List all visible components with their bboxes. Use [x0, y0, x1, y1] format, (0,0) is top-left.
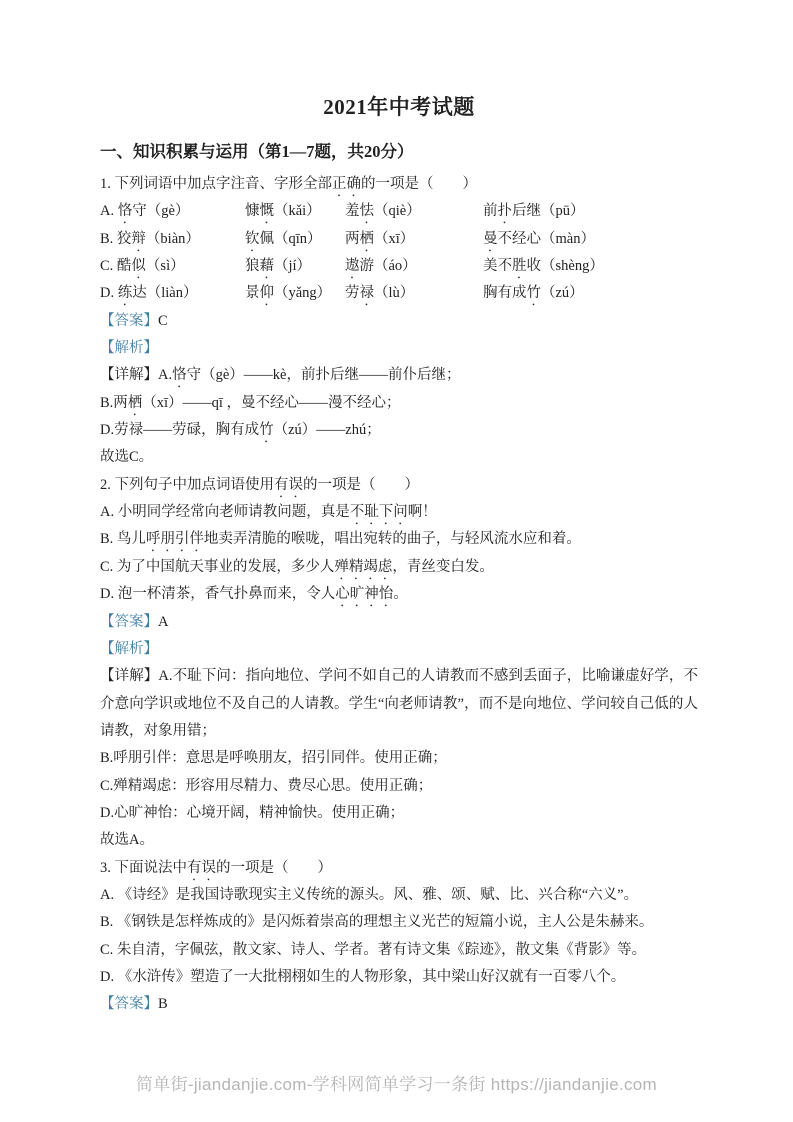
document-page: 2021年中考试题 一、知识积累与运用（第1—7题，共20分） 1. 下列词语中…: [100, 92, 698, 1019]
analysis-line: 【解析】: [100, 335, 698, 362]
option-cell: C. 酷似（sì）: [100, 253, 245, 282]
page-title: 2021年中考试题: [100, 92, 698, 122]
section-heading: 一、知识积累与运用（第1—7题，共20分）: [100, 137, 698, 167]
detail-line: 故选A。: [100, 827, 698, 854]
option-row: C. 酷似（sì） 狼藉（jí） 遨游（áo） 美不胜收（shèng）: [100, 253, 698, 280]
answer-value: B: [158, 996, 168, 1012]
answer-line: 【答案】B: [100, 991, 698, 1018]
detail-line: B.呼朋引伴：意思是呼唤朋友，招引同伴。使用正确；: [100, 745, 698, 772]
option-line: C. 为了中国航天事业的发展，多少人殚精竭虑，青丝变白发。: [100, 554, 698, 581]
option-cell: 美不胜收（shèng）: [483, 253, 698, 282]
detail-line: 故选C。: [100, 444, 698, 471]
option-cell: 羞怯（qiè）: [345, 198, 483, 227]
detail-line: D.劳禄——劳碌，胸有成竹（zú）——zhú；: [100, 417, 698, 444]
option-cell: 劳禄（lù）: [345, 280, 483, 309]
option-line: D. 泡一杯清茶，香气扑鼻而来，令人心旷神怡。: [100, 581, 698, 608]
option-cell: 慷慨（kǎi）: [245, 198, 345, 227]
option-line: D. 《水浒传》塑造了一大批栩栩如生的人物形象，其中梁山好汉就有一百零八个。: [100, 964, 698, 991]
detail-line: 【详解】A.恪守（gè）——kè，前扑后继——前仆后继；: [100, 362, 698, 389]
option-row: A. 恪守（gè） 慷慨（kǎi） 羞怯（qiè） 前扑后继（pū）: [100, 198, 698, 225]
option-row: D. 练达（liàn） 景仰（yǎng） 劳禄（lù） 胸有成竹（zú）: [100, 280, 698, 307]
answer-label: 【答案】: [100, 996, 158, 1012]
question-stem: 3. 下面说法中有误的一项是（ ）: [100, 855, 698, 882]
option-cell: B. 狡辩（biàn）: [100, 226, 245, 255]
option-line: A. 《诗经》是我国诗歌现实主义传统的源头。风、雅、颂、赋、比、兴合称“六义”。: [100, 882, 698, 909]
answer-label: 【答案】: [100, 614, 158, 630]
option-cell: 钦佩（qīn）: [245, 226, 345, 255]
question-stem: 1. 下列词语中加点字注音、字形全部正确的一项是（ ）: [100, 171, 698, 198]
answer-value: A: [158, 614, 168, 630]
detail-paragraph: 【详解】A.不耻下问：指向地位、学问不如自己的人请教而不感到丢面子，比喻谦虚好学…: [100, 663, 698, 745]
detail-line: C.殚精竭虑：形容用尽精力、费尽心思。使用正确；: [100, 773, 698, 800]
option-cell: 景仰（yǎng）: [245, 280, 345, 309]
footer-watermark: 简单街-jiandanjie.com-学科网简单学习一条街 https://ji…: [0, 1070, 793, 1095]
option-cell: 狼藉（jí）: [245, 253, 345, 282]
detail-line: B.两栖（xī）——qī ，曼不经心——漫不经心；: [100, 390, 698, 417]
option-line: B. 《钢铁是怎样炼成的》是闪烁着崇高的理想主义光芒的短篇小说，主人公是朱赫来。: [100, 909, 698, 936]
option-cell: 曼不经心（màn）: [483, 226, 698, 255]
option-cell: D. 练达（liàn）: [100, 280, 245, 309]
option-line: C. 朱自清，字佩弦，散文家、诗人、学者。著有诗文集《踪迹》，散文集《背影》等。: [100, 937, 698, 964]
question-stem: 2. 下列句子中加点词语使用有误的一项是（ ）: [100, 472, 698, 499]
answer-value: C: [158, 313, 168, 329]
answer-label: 【答案】: [100, 313, 158, 329]
analysis-label: 【解析】: [100, 340, 158, 356]
option-cell: 两栖（xī）: [345, 226, 483, 255]
option-row: B. 狡辩（biàn） 钦佩（qīn） 两栖（xī） 曼不经心（màn）: [100, 226, 698, 253]
option-line: B. 鸟儿呼朋引伴地卖弄清脆的喉咙，唱出宛转的曲子，与轻风流水应和着。: [100, 526, 698, 553]
option-line: A. 小明同学经常向老师请教问题，真是不耻下问啊！: [100, 499, 698, 526]
analysis-line: 【解析】: [100, 636, 698, 663]
detail-line: D.心旷神怡：心境开阔，精神愉快。使用正确；: [100, 800, 698, 827]
analysis-label: 【解析】: [100, 641, 158, 657]
answer-line: 【答案】C: [100, 308, 698, 335]
answer-line: 【答案】A: [100, 609, 698, 636]
option-cell: A. 恪守（gè）: [100, 198, 245, 227]
option-cell: 前扑后继（pū）: [483, 198, 698, 227]
option-cell: 胸有成竹（zú）: [483, 280, 698, 309]
option-cell: 遨游（áo）: [345, 253, 483, 282]
